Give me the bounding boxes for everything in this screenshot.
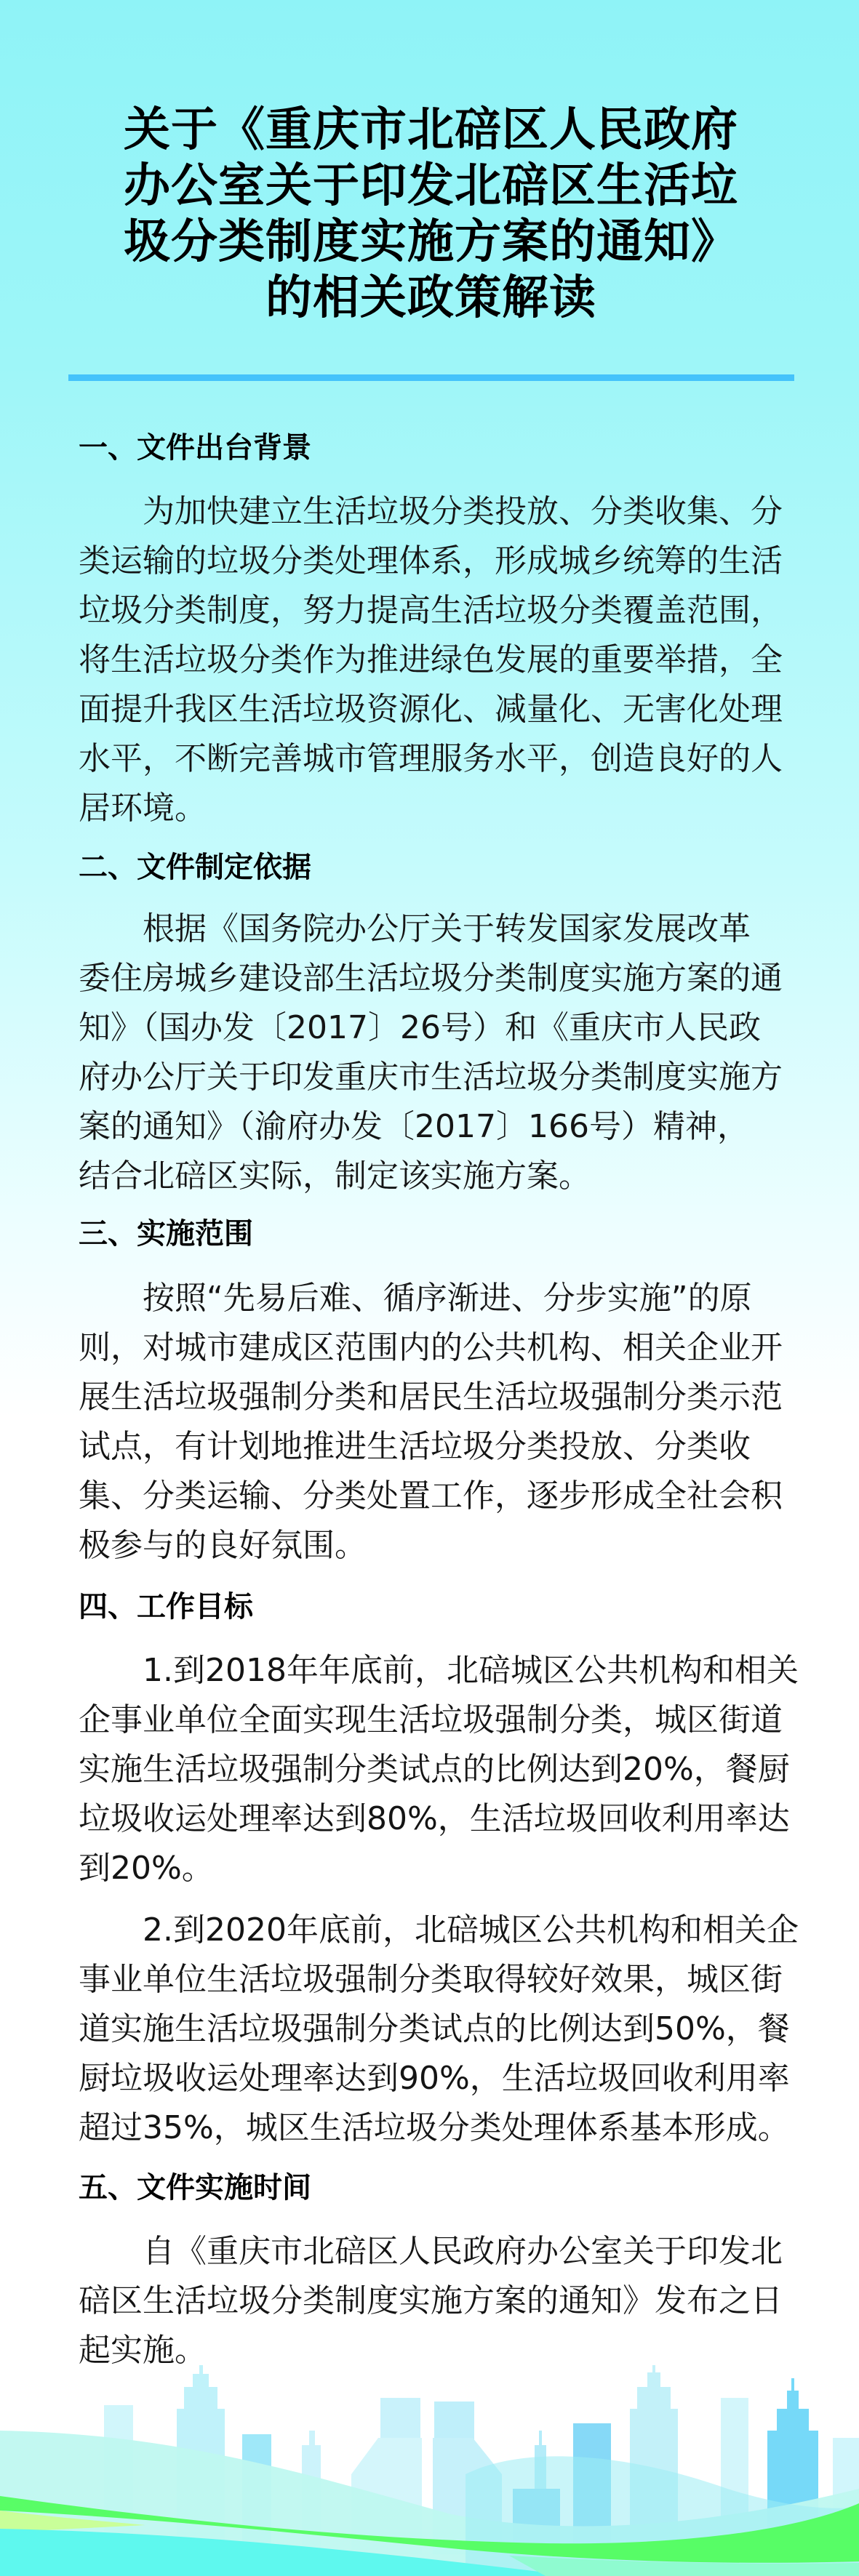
- text-line: 碚区生活垃圾分类制度实施方案的通知》发布之日: [79, 2276, 784, 2326]
- text-line: 将生活垃圾分类作为推进绿色发展的重要举措，全: [79, 635, 784, 685]
- text-line: 水平，不断完善城市管理服务水平，创造良好的人: [79, 734, 784, 784]
- title-line-3: 圾分类制度实施方案的通知》: [87, 214, 775, 270]
- text-line: 按照“先易后难、循序渐进、分步实施”的原: [79, 1274, 784, 1323]
- text-line: 道实施生活垃圾强制分类试点的比例达到50%，餐: [79, 2005, 784, 2054]
- section-heading-background: 一、文件出台背景: [79, 430, 311, 465]
- text-line: 自《重庆市北碚区人民政府办公室关于印发北: [79, 2227, 784, 2276]
- text-line: 到20%。: [79, 1844, 784, 1893]
- paragraph-goal-2018: 1.到2018年年底前，北碚城区公共机构和相关 企事业单位全面实现生活垃圾强制分…: [79, 1646, 784, 1893]
- text-line: 集、分类运输、分类处置工作，逐步形成全社会积: [79, 1472, 784, 1521]
- text-line: 试点，有计划地推进生活垃圾分类投放、分类收: [79, 1422, 784, 1472]
- paragraph-background: 为加快建立生活垃圾分类投放、分类收集、分 类运输的垃圾分类处理体系，形成城乡统筹…: [79, 487, 784, 833]
- text-line: 案的通知》（渝府办发〔2017〕166号）精神，: [79, 1102, 784, 1152]
- text-line: 企事业单位全面实现生活垃圾强制分类，城区街道: [79, 1696, 784, 1745]
- title-line-2: 办公室关于印发北碚区生活垃: [87, 158, 775, 214]
- city-skyline-illustration: [0, 2365, 859, 2576]
- text-line: 则，对城市建成区范围内的公共机构、相关企业开: [79, 1323, 784, 1373]
- text-line: 结合北碚区实际，制定该实施方案。: [79, 1152, 784, 1201]
- text-line: 垃圾收运处理率达到80%，生活垃圾回收利用率达: [79, 1794, 784, 1844]
- text-line: 类运输的垃圾分类处理体系，形成城乡统筹的生活: [79, 537, 784, 586]
- title-line-4: 的相关政策解读: [87, 270, 775, 326]
- text-line: 事业单位生活垃圾强制分类取得较好效果，城区街: [79, 1955, 784, 2005]
- text-line: 极参与的良好氛围。: [79, 1521, 784, 1570]
- title-divider: [68, 374, 794, 381]
- text-line: 根据《国务院办公厅关于转发国家发展改革: [79, 904, 784, 954]
- paragraph-scope: 按照“先易后难、循序渐进、分步实施”的原 则，对城市建成区范围内的公共机构、相关…: [79, 1274, 784, 1570]
- text-line: 知》（国办发〔2017〕26号）和《重庆市人民政: [79, 1003, 784, 1053]
- text-line: 展生活垃圾强制分类和居民生活垃圾强制分类示范: [79, 1373, 784, 1422]
- text-line: 为加快建立生活垃圾分类投放、分类收集、分: [79, 487, 784, 537]
- text-line: 1.到2018年年底前，北碚城区公共机构和相关: [79, 1646, 784, 1696]
- section-heading-effective-date: 五、文件实施时间: [79, 2170, 311, 2205]
- text-line: 厨垃圾收运处理率达到90%，生活垃圾回收利用率: [79, 2054, 784, 2103]
- paragraph-basis: 根据《国务院办公厅关于转发国家发展改革 委住房城乡建设部生活垃圾分类制度实施方案…: [79, 904, 784, 1201]
- text-line: 府办公厅关于印发重庆市生活垃圾分类制度实施方: [79, 1053, 784, 1102]
- paragraph-effective-date: 自《重庆市北碚区人民政府办公室关于印发北 碚区生活垃圾分类制度实施方案的通知》发…: [79, 2227, 784, 2375]
- text-line: 超过35%，城区生活垃圾分类处理体系基本形成。: [79, 2103, 784, 2153]
- text-line: 垃圾分类制度，努力提高生活垃圾分类覆盖范围，: [79, 586, 784, 635]
- text-line: 2.到2020年底前，北碚城区公共机构和相关企: [79, 1906, 784, 1955]
- section-heading-basis: 二、文件制定依据: [79, 850, 311, 885]
- page-title: 关于《重庆市北碚区人民政府 办公室关于印发北碚区生活垃 圾分类制度实施方案的通知…: [87, 102, 775, 326]
- paragraph-goal-2020: 2.到2020年底前，北碚城区公共机构和相关企 事业单位生活垃圾强制分类取得较好…: [79, 1906, 784, 2153]
- title-line-1: 关于《重庆市北碚区人民政府: [87, 102, 775, 158]
- text-line: 委住房城乡建设部生活垃圾分类制度实施方案的通: [79, 954, 784, 1003]
- text-line: 居环境。: [79, 784, 784, 833]
- section-heading-scope: 三、实施范围: [79, 1216, 253, 1251]
- text-line: 实施生活垃圾强制分类试点的比例达到20%，餐厨: [79, 1745, 784, 1794]
- text-line: 面提升我区生活垃圾资源化、减量化、无害化处理: [79, 685, 784, 734]
- section-heading-goals: 四、工作目标: [79, 1589, 253, 1624]
